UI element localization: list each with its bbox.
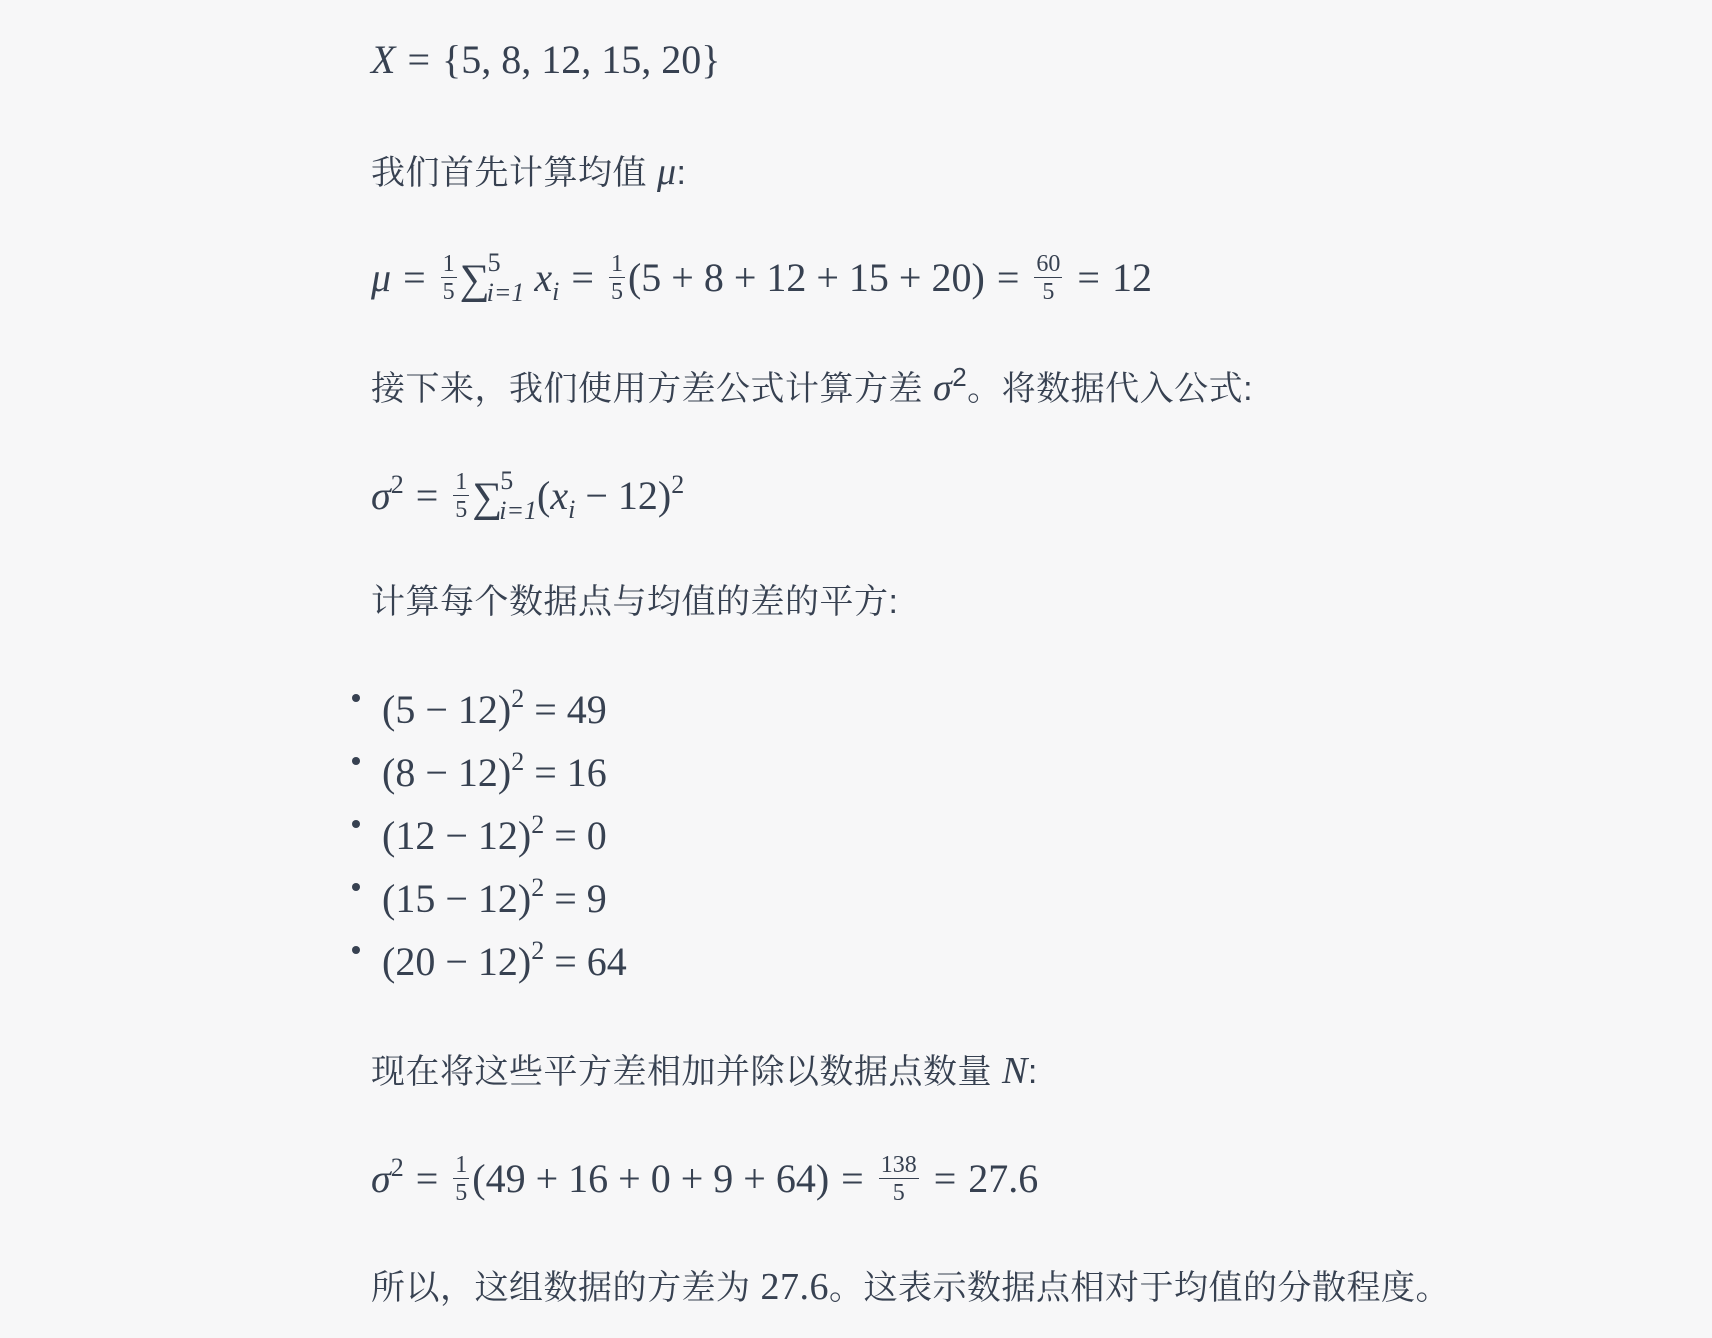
dataset-definition: X={5, 8, 12, 15, 20} (371, 40, 720, 80)
mean-formula: μ=15∑5i=1 xi=15(5 + 8 + 12 + 15 + 20)=60… (371, 256, 1152, 308)
variance-formula: σ2=15∑5i=1(xi − 12)2 (371, 474, 684, 526)
sum-symbol: ∑ (460, 257, 490, 303)
bullet-icon (352, 694, 360, 702)
n-symbol: N (1002, 1050, 1028, 1092)
list-item: (12 − 12)2 = 0 (352, 816, 607, 856)
sum-intro: 现在将这些平方差相加并除以数据点数量 N: (371, 1052, 1038, 1090)
bullet-icon (352, 820, 360, 828)
mu-symbol: μ (657, 151, 677, 193)
variance-intro: 接下来，我们使用方差公式计算方差 σ2。将数据代入公式: (371, 369, 1253, 407)
mean-intro: 我们首先计算均值 μ: (371, 153, 686, 191)
list-item: (15 − 12)2 = 9 (352, 879, 607, 919)
variance-result: 27.6 (968, 1156, 1038, 1201)
sigma-symbol: σ (933, 367, 952, 409)
final-variance-formula: σ2=15(49 + 16 + 0 + 9 + 64)=1385=27.6 (371, 1157, 1038, 1209)
bullet-icon (352, 946, 360, 954)
list-item: (8 − 12)2 = 16 (352, 753, 607, 793)
dataset-var: X (371, 37, 395, 82)
mean-result: 12 (1112, 255, 1152, 300)
bullet-icon (352, 883, 360, 891)
fraction: 15 (441, 252, 457, 304)
conclusion-value: 27.6 (760, 1266, 829, 1308)
conclusion: 所以，这组数据的方差为 27.6。这表示数据点相对于均值的分散程度。 (371, 1268, 1450, 1306)
list-item: (5 − 12)2 = 49 (352, 690, 607, 730)
bullet-icon (352, 757, 360, 765)
squared-diff-intro: 计算每个数据点与均值的差的平方: (371, 585, 898, 619)
sum-symbol: ∑ (472, 475, 502, 521)
list-item: (20 − 12)2 = 64 (352, 942, 627, 982)
mean-intro-text: 我们首先计算均值 (371, 154, 647, 192)
dataset-values: {5, 8, 12, 15, 20} (442, 37, 720, 82)
